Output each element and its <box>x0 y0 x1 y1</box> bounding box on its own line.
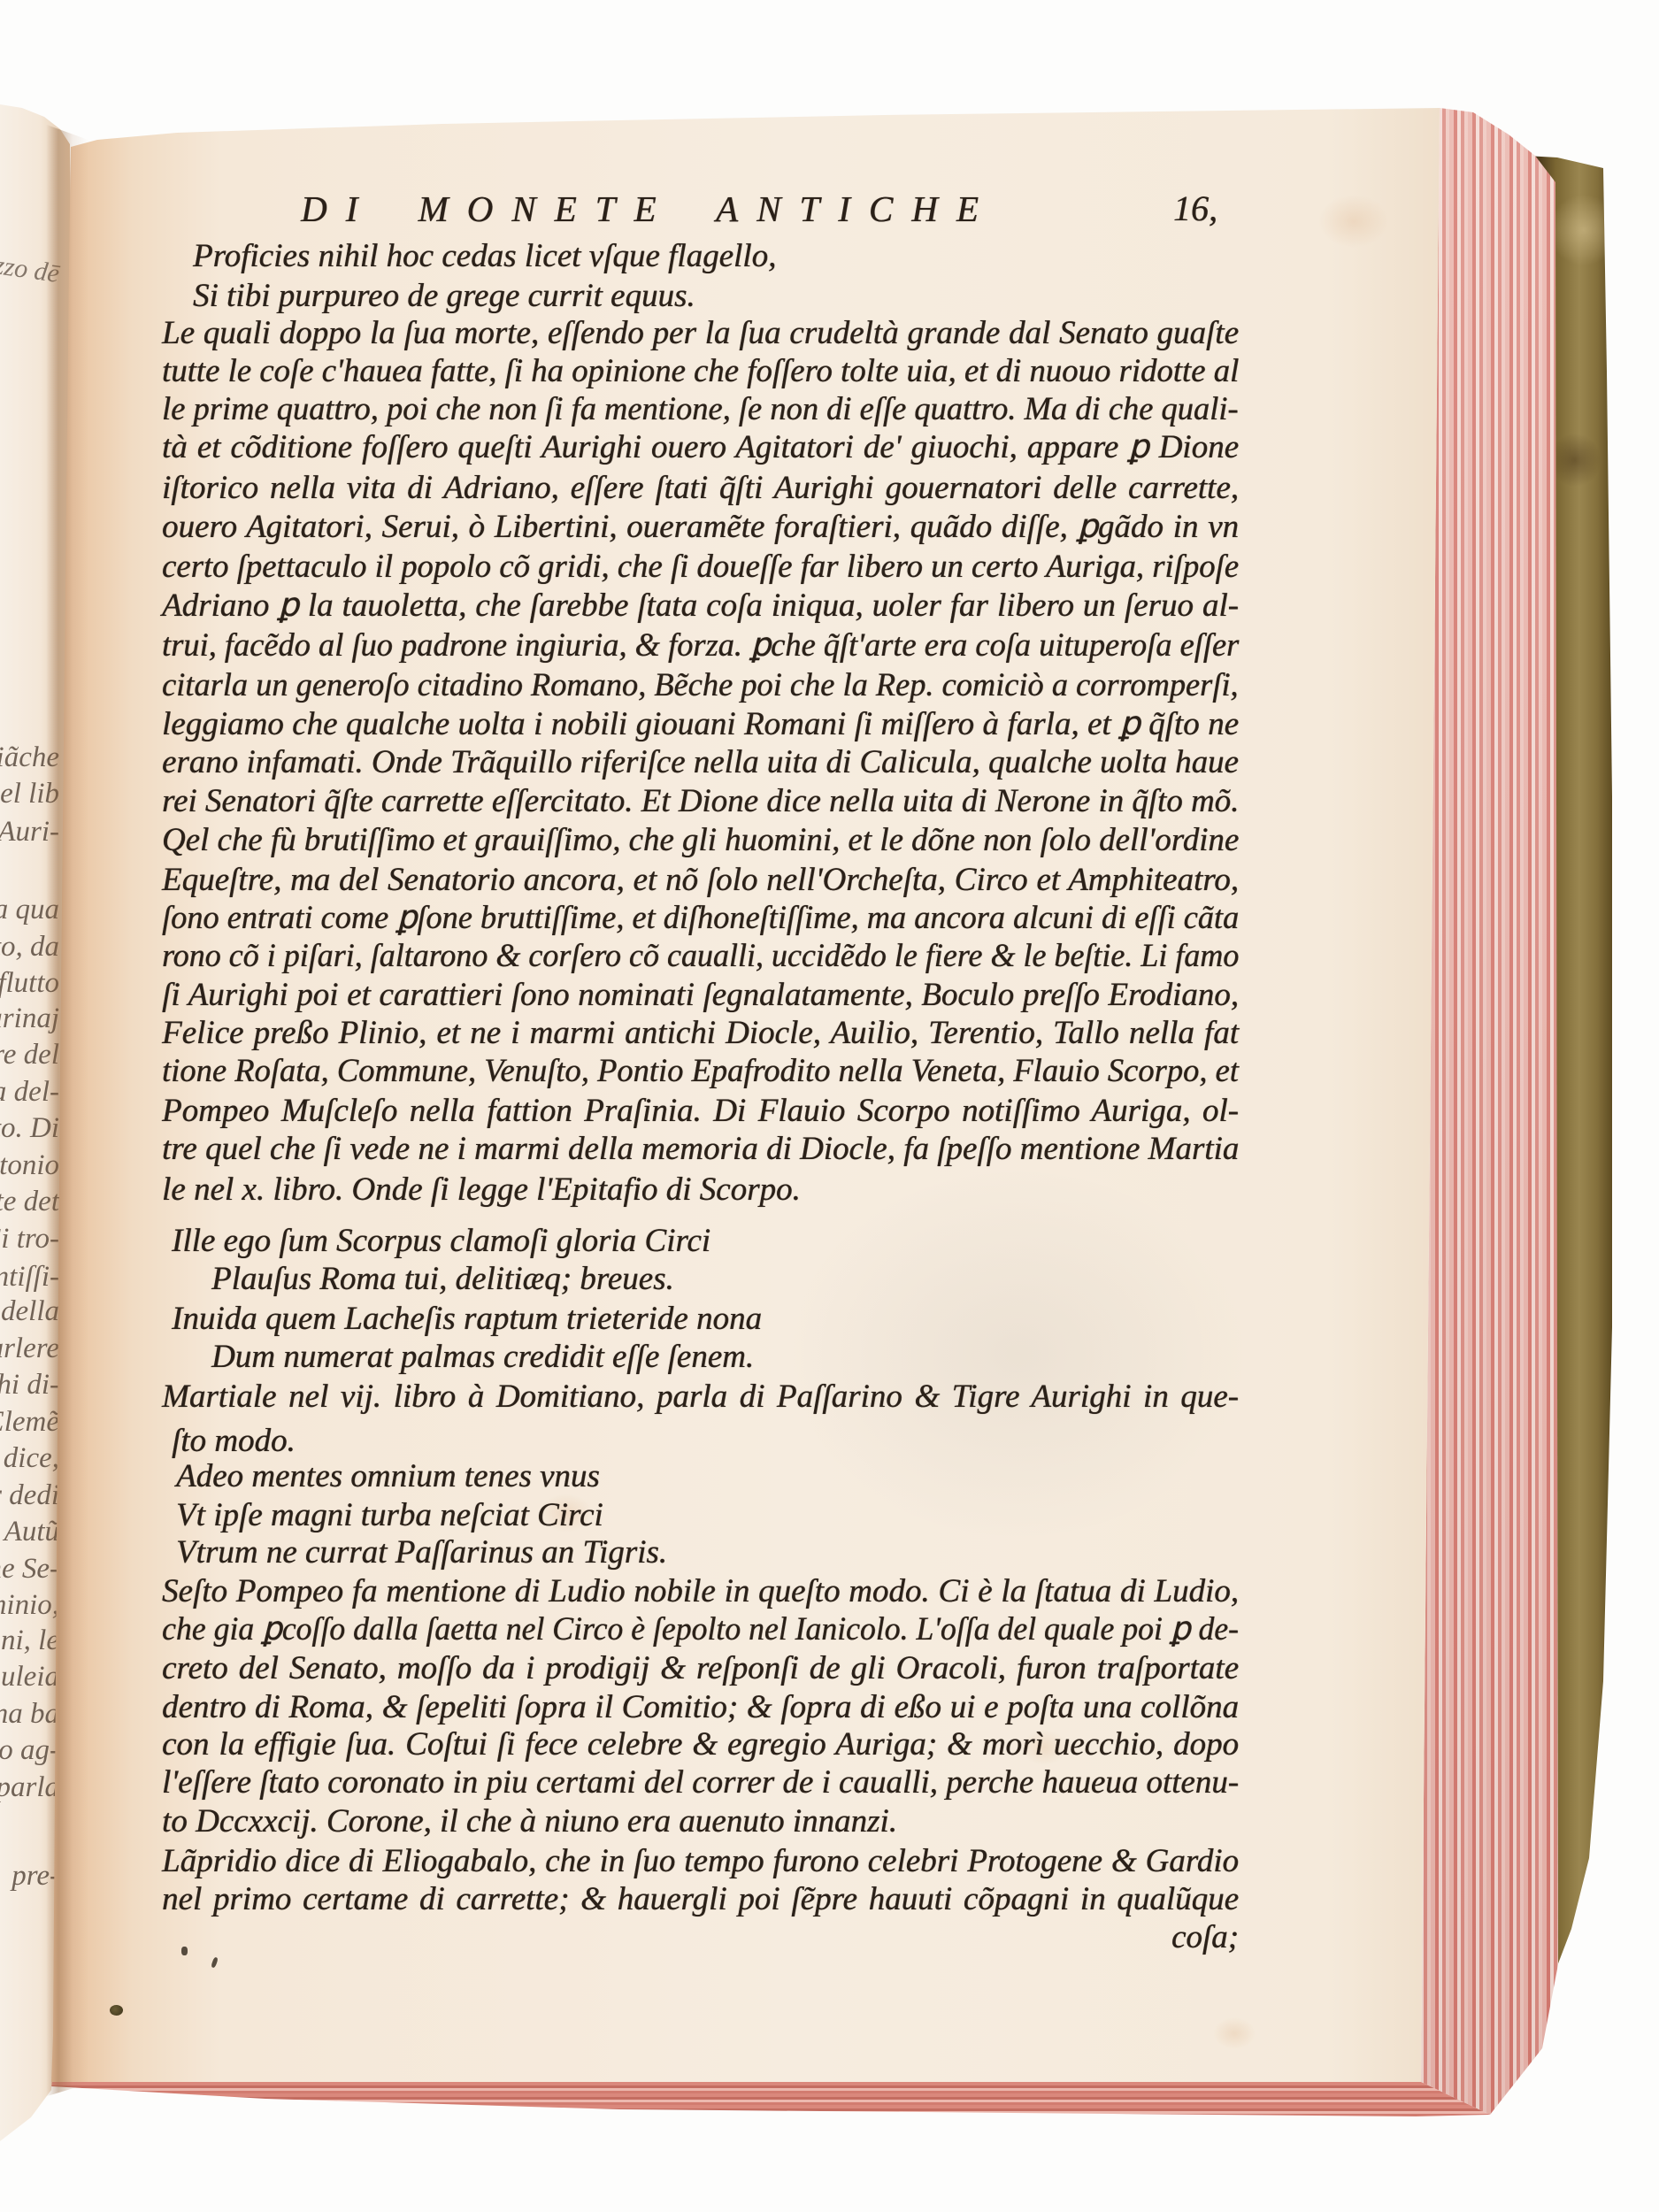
text-line: erano infamati. Onde Trãquillo riferiſce… <box>162 742 1239 783</box>
verse-line: Si tibi purpureo de grege currit equus. <box>193 276 695 317</box>
text-line: Equeſtre, ma del Senatorio ancora, et nõ… <box>162 860 1239 901</box>
wormhole <box>110 2005 123 2016</box>
text-line: ſi Aurighi poi et carattieri ſono nomina… <box>162 975 1239 1016</box>
text-line: rei Senatori q̃ſte carrette eſſercitato.… <box>162 781 1239 822</box>
text-line: Pompeo Muſcleſo nella fattion Praſinia. … <box>162 1091 1239 1132</box>
verse-line: Inuida quem Lacheſis raptum trieteride n… <box>172 1299 762 1340</box>
text-line: citarla un generoſo citadino Romano, Bẽc… <box>162 665 1239 706</box>
text-line: iſtorico nella vita di Adriano, eſſere ſ… <box>162 468 1239 509</box>
book-photograph: zzo dē ti biãche ſo nel lib gli Auri- de… <box>0 0 1659 2212</box>
text-line: Qel che fù brutiſſimo et grauiſſimo, che… <box>162 820 1239 861</box>
text-line: creto del Senato, moſſo da i prodigij & … <box>162 1648 1239 1689</box>
text-line: dentro di Roma, & ſepeliti ſopra il Comi… <box>162 1687 1239 1728</box>
text-line: ſono entrati come ꝑſone bruttiſſime, et … <box>162 898 1239 939</box>
text-line: tre quel che ſi vede ne i marmi della me… <box>162 1129 1239 1170</box>
text-line: tutte le coſe c'hauea fatte, ſi ha opini… <box>162 351 1239 392</box>
text-line: Lãpridio dice di Eliogabalo, che in ſuo … <box>162 1841 1239 1882</box>
catchword: coſa; <box>1044 1917 1239 1958</box>
verse-line: Dum numerat palmas credidit eſſe ſenem. <box>211 1337 754 1378</box>
text-line: Martiale nel vij. libro à Domitiano, par… <box>162 1377 1239 1417</box>
verse-line: Vt ipſe magni turba neſciat Circi <box>176 1495 603 1536</box>
text-line: tione Roſata, Commune, Venuſto, Pontio E… <box>162 1051 1239 1092</box>
page-text-block: DI MONETE ANTICHE 16, Proficies nihil ho… <box>0 0 1659 2212</box>
text-line: leggiamo che qualche uolta i nobili giou… <box>162 704 1239 745</box>
text-line: certo ſpettaculo il popolo cõ gridi, che… <box>162 547 1239 588</box>
text-line: Seſto Pompeo fa mentione di Ludio nobile… <box>162 1571 1239 1612</box>
text-line: trui, facẽdo al ſuo padrone ingiuria, & … <box>162 626 1239 666</box>
text-line: to Dccxxcij. Corone, il che à niuno era … <box>162 1801 897 1842</box>
text-line: Felice preßo Plinio, et ne i marmi antic… <box>162 1013 1239 1054</box>
ink-mark <box>181 1947 188 1955</box>
verse-line: Plauſus Roma tui, delitiæq; breues. <box>211 1259 674 1300</box>
running-head: DI MONETE ANTICHE <box>301 188 997 230</box>
text-line: rono cõ i piſari, ſaltarono & corſero cõ… <box>162 936 1239 977</box>
verse-line: Proficies nihil hoc cedas licet vſque fl… <box>193 236 776 277</box>
text-line: le nel x. libro. Onde ſi legge l'Epitafi… <box>162 1170 801 1210</box>
text-line: nel primo certame di carrette; & hauergl… <box>162 1879 1239 1920</box>
text-line: l'eſſere ſtato coronato in piu certami d… <box>162 1763 1239 1803</box>
text-line: Le quali doppo la ſua morte, eſſendo per… <box>162 313 1239 354</box>
text-line: ouero Agitatori, Serui, ò Libertini, oue… <box>162 507 1239 548</box>
verse-line: Vtrum ne currat Paſſarinus an Tigris. <box>176 1532 667 1573</box>
text-line: le prime quattro, poi che non ſi fa ment… <box>162 389 1239 430</box>
verse-line: Adeo mentes omnium tenes vnus <box>176 1456 600 1497</box>
verse-line: Ille ego ſum Scorpus clamoſi gloria Circ… <box>172 1221 710 1262</box>
page-number: 16, <box>1173 188 1217 230</box>
text-line: tà et cõditione foſſero queſti Aurighi o… <box>162 427 1239 468</box>
text-line: con la effigie ſua. Coſtui ſi fece celeb… <box>162 1724 1239 1765</box>
text-line: Adriano ꝑ la tauoletta, che ſarebbe ſtat… <box>162 586 1239 626</box>
text-line: che gia ꝑcoſſo dalla ſaetta nel Circo è … <box>162 1609 1239 1650</box>
